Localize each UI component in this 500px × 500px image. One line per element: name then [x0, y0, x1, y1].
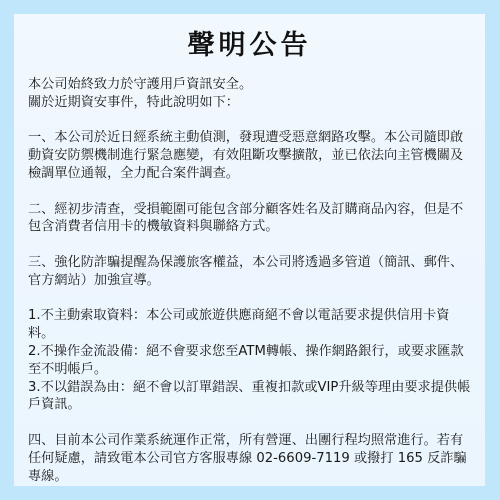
- announcement-body: 本公司始終致力於守護用戶資訊安全。 關於近期資安事件，特此說明如下： 一、本公司…: [28, 76, 471, 485]
- section-3: 三、強化防詐騙提醒為保護旅客權益，本公司將透過多管道（簡訊、郵件、官方網站）加強…: [28, 254, 471, 290]
- section-4-closing: 四、目前本公司作業系統運作正常，所有營運、出團行程均照常進行。若有任何疑慮，請致…: [28, 432, 471, 485]
- page-title: 聲明公告: [28, 14, 471, 66]
- tip-3: 3.不以錯誤為由：絕不會以訂單錯誤、重複扣款或VIP升級等理由要求提供帳戶資訊。: [28, 379, 471, 415]
- tip-1: 1.不主動索取資料：本公司或旅遊供應商絕不會以電話要求提供信用卡資料。: [28, 307, 471, 343]
- tip-2: 2.不操作金流設備：絕不會要求您至ATM轉帳、操作網路銀行，或要求匯款至不明帳戶…: [28, 343, 471, 379]
- intro-line: 本公司始終致力於守護用戶資訊安全。: [28, 76, 471, 94]
- intro-line: 關於近期資安事件，特此說明如下：: [28, 94, 471, 112]
- section-1: 一、本公司於近日經系統主動偵測，發現遭受惡意網路攻擊。本公司隨即啟動資安防禦機制…: [28, 129, 471, 182]
- section-2: 二、經初步清查，受損範圍可能包含部分顧客姓名及訂購商品內容，但是不包含消費者信用…: [28, 201, 471, 237]
- announcement-card: 聲明公告 本公司始終致力於守護用戶資訊安全。 關於近期資安事件，特此說明如下： …: [14, 14, 485, 486]
